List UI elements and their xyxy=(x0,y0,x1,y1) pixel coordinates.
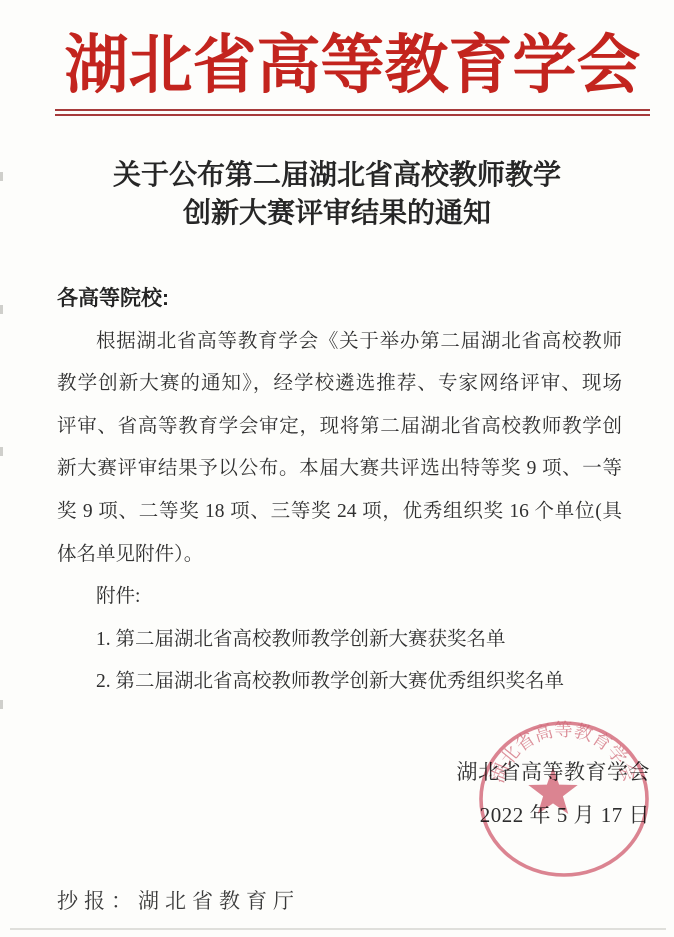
seal-arc-text: 湖北省高等教育学会 xyxy=(487,720,640,786)
scan-artifact-line xyxy=(10,928,666,930)
paragraph-line: 评审、省高等教育学会审定，现将第二届湖北省高校教师教学创 xyxy=(57,406,622,449)
paragraph-line: 奖 9 项、二等奖 18 项、三等奖 24 项，优秀组织奖 16 个单位(具 xyxy=(57,491,622,534)
paragraph-line: 根据湖北省高等教育学会《关于举办第二届湖北省高校教师 xyxy=(57,321,622,364)
paragraph-line: 体名单见附件）。 xyxy=(57,534,622,577)
paragraph-line: 新大赛评审结果予以公布。本届大赛共评选出特等奖 9 项、一等 xyxy=(57,448,622,491)
scan-artifact xyxy=(0,172,3,181)
scan-artifact xyxy=(0,447,3,456)
paragraph-line: 教学创新大赛的通知》，经学校遴选推荐、专家网络评审、现场 xyxy=(57,363,622,406)
scan-artifact xyxy=(0,700,3,709)
scan-artifact xyxy=(0,305,3,314)
salutation: 各高等院校: xyxy=(57,278,622,321)
official-seal: 湖北省高等教育学会 xyxy=(474,716,654,884)
copy-to-label: 抄报： xyxy=(57,889,138,913)
seal-arc-textpath: 湖北省高等教育学会 xyxy=(487,720,640,786)
masthead-rule xyxy=(55,109,650,116)
scanned-notice-document: 湖北省高等教育学会 关于公布第二届湖北省高校教师教学 创新大赛评审结果的通知 各… xyxy=(0,0,674,937)
attachment-item: 2. 第二届湖北省高校教师教学创新大赛优秀组织奖名单 xyxy=(57,661,661,704)
seal-ring xyxy=(481,723,647,875)
notice-body: 各高等院校: 根据湖北省高等教育学会《关于举办第二届湖北省高校教师 教学创新大赛… xyxy=(57,278,622,704)
notice-title-line2: 创新大赛评审结果的通知 xyxy=(0,195,674,233)
star-icon xyxy=(528,767,577,814)
attachment-item: 1. 第二届湖北省高校教师教学创新大赛获奖名单 xyxy=(57,619,661,662)
org-masthead: 湖北省高等教育学会 xyxy=(55,30,650,102)
notice-title-line1: 关于公布第二届湖北省高校教师教学 xyxy=(0,157,674,195)
copy-to-line: 抄报：湖北省教育厅 xyxy=(57,880,300,923)
attachment-label: 附件: xyxy=(57,576,661,619)
copy-to-value: 湖北省教育厅 xyxy=(138,889,300,913)
notice-title: 关于公布第二届湖北省高校教师教学 创新大赛评审结果的通知 xyxy=(0,157,674,232)
